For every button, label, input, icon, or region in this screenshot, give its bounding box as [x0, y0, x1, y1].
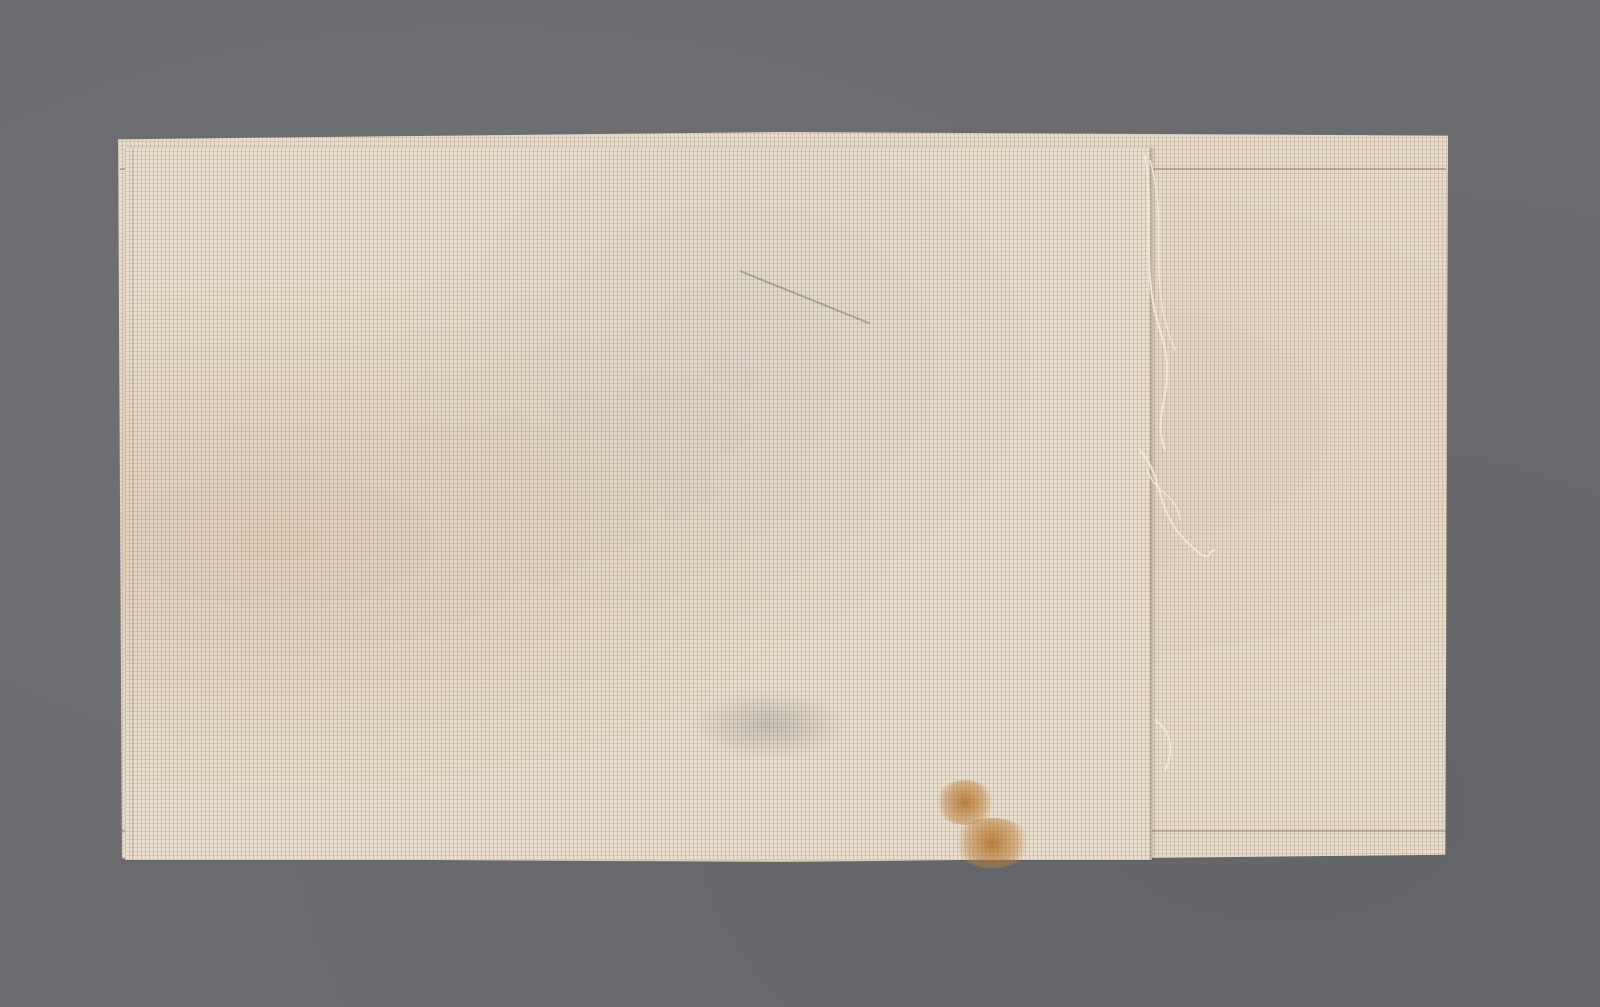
armband-front-flap	[125, 148, 1152, 860]
rust-stain	[952, 818, 1032, 868]
flap-edge-seam	[132, 148, 133, 860]
loose-threads	[1135, 150, 1225, 810]
grey-smudge	[690, 690, 850, 760]
